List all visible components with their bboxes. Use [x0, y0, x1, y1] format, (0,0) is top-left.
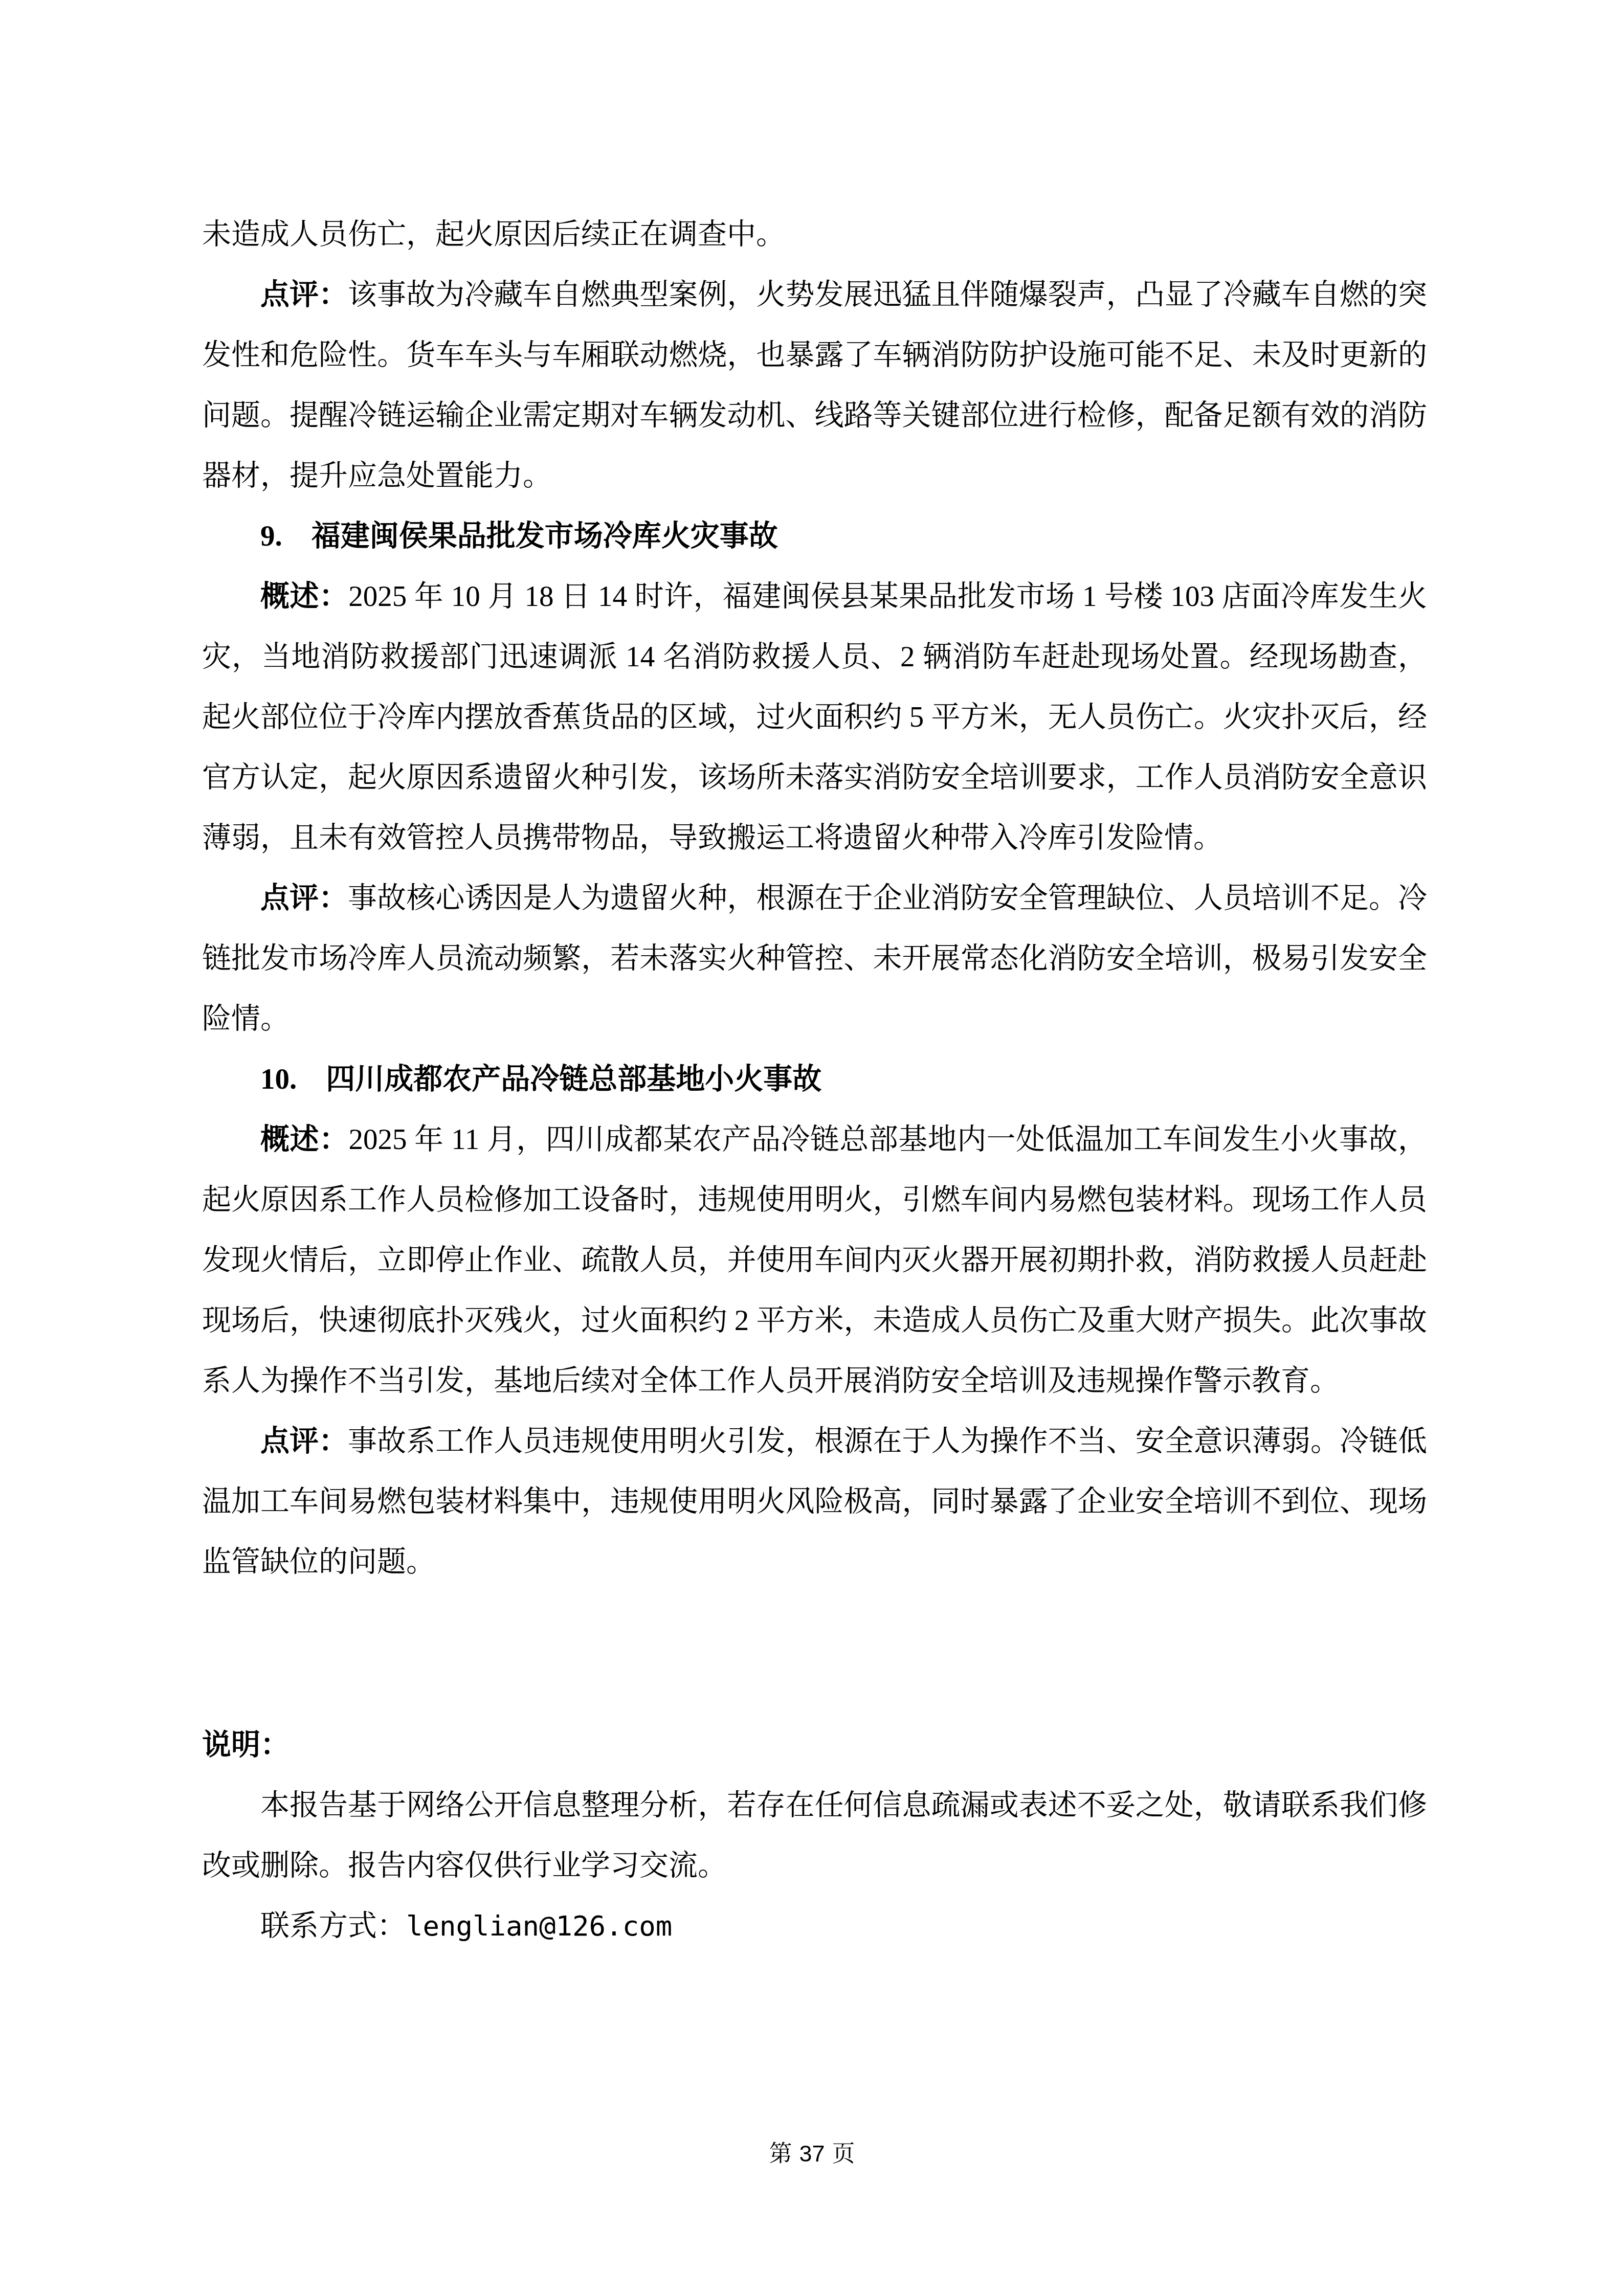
note-text: 本报告基于网络公开信息整理分析，若存在任何信息疏漏或表述不妥之处，敬请联系我们修… — [202, 1789, 1427, 1882]
overview-paragraph: 概述：2025 年 10 月 18 日 14 时许，福建闽侯县某果品批发市场 1… — [202, 567, 1427, 868]
note-paragraph: 本报告基于网络公开信息整理分析，若存在任何信息疏漏或表述不妥之处，敬请联系我们修… — [202, 1775, 1427, 1896]
document-content: 未造成人员伤亡，起火原因后续正在调查中。点评：该事故为冷藏车自燃典型案例，火势发… — [202, 205, 1427, 1956]
document-page: 未造成人员伤亡，起火原因后续正在调查中。点评：该事故为冷藏车自燃典型案例，火势发… — [0, 0, 1624, 2296]
continuation-paragraph: 未造成人员伤亡，起火原因后续正在调查中。 — [202, 205, 1427, 265]
overview-label: 概述： — [260, 1123, 348, 1156]
contact-paragraph: 联系方式：lenglian@126.com — [202, 1896, 1427, 1956]
comment-text: 该事故为冷藏车自燃典型案例，火势发展迅猛且伴随爆裂声，凸显了冷藏车自燃的突发性和… — [202, 279, 1427, 492]
page-footer: 第37页 — [0, 2139, 1624, 2169]
comment-paragraph: 点评：该事故为冷藏车自燃典型案例，火势发展迅猛且伴随爆裂声，凸显了冷藏车自燃的突… — [202, 265, 1427, 506]
overview-text: 2025 年 11 月，四川成都某农产品冷链总部基地内一处低温加工车间发生小火事… — [202, 1123, 1427, 1397]
heading-paragraph: 9. 福建闽侯果品批发市场冷库火灾事故 — [202, 506, 1427, 567]
contact-label: 联系方式： — [260, 1910, 406, 1942]
comment-label: 点评： — [260, 279, 348, 311]
footer-page-suffix: 页 — [832, 2141, 855, 2167]
continuation-text: 未造成人员伤亡，起火原因后续正在调查中。 — [202, 218, 785, 251]
footer-page-number: 37 — [799, 2141, 825, 2167]
note-heading-paragraph: 说明： — [202, 1715, 1427, 1775]
footer-page-prefix: 第 — [769, 2141, 792, 2167]
comment-text: 事故核心诱因是人为遗留火种，根源在于企业消防安全管理缺位、人员培训不足。冷链批发… — [202, 882, 1427, 1035]
comment-text: 事故系工作人员违规使用明火引发，根源在于人为操作不当、安全意识薄弱。冷链低温加工… — [202, 1425, 1427, 1578]
overview-paragraph: 概述：2025 年 11 月，四川成都某农产品冷链总部基地内一处低温加工车间发生… — [202, 1110, 1427, 1411]
overview-label: 概述： — [260, 580, 348, 613]
comment-paragraph: 点评：事故核心诱因是人为遗留火种，根源在于企业消防安全管理缺位、人员培训不足。冷… — [202, 868, 1427, 1049]
comment-paragraph: 点评：事故系工作人员违规使用明火引发，根源在于人为操作不当、安全意识薄弱。冷链低… — [202, 1411, 1427, 1592]
heading-text: 10. 四川成都农产品冷链总部基地小火事故 — [260, 1063, 821, 1095]
overview-text: 2025 年 10 月 18 日 14 时许，福建闽侯县某果品批发市场 1 号楼… — [202, 580, 1427, 854]
note-heading-text: 说明： — [202, 1729, 290, 1761]
heading-text: 9. 福建闽侯果品批发市场冷库火灾事故 — [260, 520, 778, 552]
comment-label: 点评： — [260, 1425, 348, 1457]
comment-label: 点评： — [260, 882, 348, 914]
heading-paragraph: 10. 四川成都农产品冷链总部基地小火事故 — [202, 1049, 1427, 1110]
contact-text: lenglian@126.com — [406, 1910, 672, 1942]
